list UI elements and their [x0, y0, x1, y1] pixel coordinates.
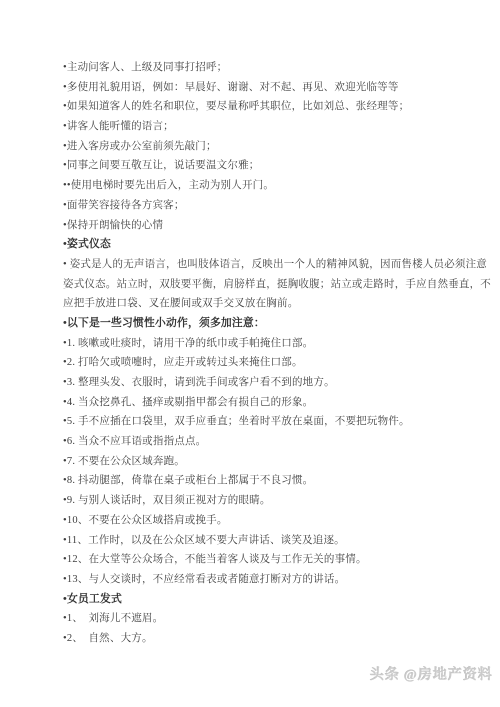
watermark: 头条@房地产资料 — [352, 648, 493, 700]
document-line: •11、工作时，以及在公众区域不要大声讲话、谈笑及追逐。 — [63, 531, 460, 551]
section-heading: •以下是一些习惯性小动作，须多加注意： — [63, 314, 460, 334]
document-line: • 姿式是人的无声语言，也叫肢体语言，反映出一个人的精神风貌，因而售楼人员必须注… — [63, 255, 460, 275]
document-line: •多使用礼貌用语，例如：早晨好、谢谢、对不起、再见、欢迎光临等等 — [63, 78, 460, 98]
watermark-account: @房地产资料 — [404, 668, 493, 683]
document-line: 应把手放进口袋、叉在腰间或双手交叉放在胸前。 — [63, 294, 460, 314]
document-line: •面带笑容接待各方宾客； — [63, 196, 460, 216]
section-heading: •姿式仪态 — [63, 235, 460, 255]
document-line: •7. 不要在公众区域奔跑。 — [63, 452, 460, 472]
document-line: ••使用电梯时要先出后入，主动为别人开门。 — [63, 176, 460, 196]
document-line: •2. 打哈欠或喷嚏时，应走开或转过头来掩住口部。 — [63, 353, 460, 373]
section-heading: •女员工发式 — [63, 590, 460, 610]
document-line: •9. 与别人谈话时，双目须正视对方的眼睛。 — [63, 491, 460, 511]
document-line: •3. 整理头发、衣服时，请到洗手间或客户看不到的地方。 — [63, 373, 460, 393]
document-line: •12、在大堂等公众场合，不能当着客人谈及与工作无关的事情。 — [63, 550, 460, 570]
document-line: •5. 手不应插在口袋里，双手应垂直；坐着时平放在桌面，不要把玩物件。 — [63, 412, 460, 432]
document-line: •10、不要在公众区域搭肩或挽手。 — [63, 511, 460, 531]
document-line: •主动问客人、上级及同事打招呼； — [63, 58, 460, 78]
document-page: •主动问客人、上级及同事打招呼；•多使用礼貌用语，例如：早晨好、谢谢、对不起、再… — [0, 0, 500, 707]
document-line: •同事之间要互敬互让，说话要温文尔雅； — [63, 156, 460, 176]
document-line: •6. 当众不应耳语或指指点点。 — [63, 432, 460, 452]
document-line: •2、 自然、大方。 — [63, 629, 460, 649]
document-line: •13、与人交谈时，不应经常看表或者随意打断对方的讲话。 — [63, 570, 460, 590]
document-line: •进入客房或办公室前须先敲门； — [63, 137, 460, 157]
document-line: •1、 刘海儿不遮眉。 — [63, 609, 460, 629]
document-line: •如果知道客人的姓名和职位，要尽量称呼其职位，比如刘总、张经理等； — [63, 97, 460, 117]
document-line: 姿式仪态。站立时，双肢要平衡，肩膀样直，挺胸收腹；站立或走路时，手应自然垂直，不 — [63, 275, 460, 295]
document-body: •主动问客人、上级及同事打招呼；•多使用礼貌用语，例如：早晨好、谢谢、对不起、再… — [63, 58, 460, 649]
document-line: •1. 咳嗽或吐痰时，请用干净的纸巾或手帕掩住口部。 — [63, 334, 460, 354]
document-line: •8. 抖动腿部，倚靠在桌子或柜台上都属于不良习惯。 — [63, 471, 460, 491]
document-line: •保持开朗愉快的心情 — [63, 216, 460, 236]
document-line: •讲客人能听懂的语言； — [63, 117, 460, 137]
document-line: •4. 当众挖鼻孔、搔痒或剔指甲都会有损自己的形象。 — [63, 393, 460, 413]
toutiao-logo: 头条 — [370, 668, 400, 683]
